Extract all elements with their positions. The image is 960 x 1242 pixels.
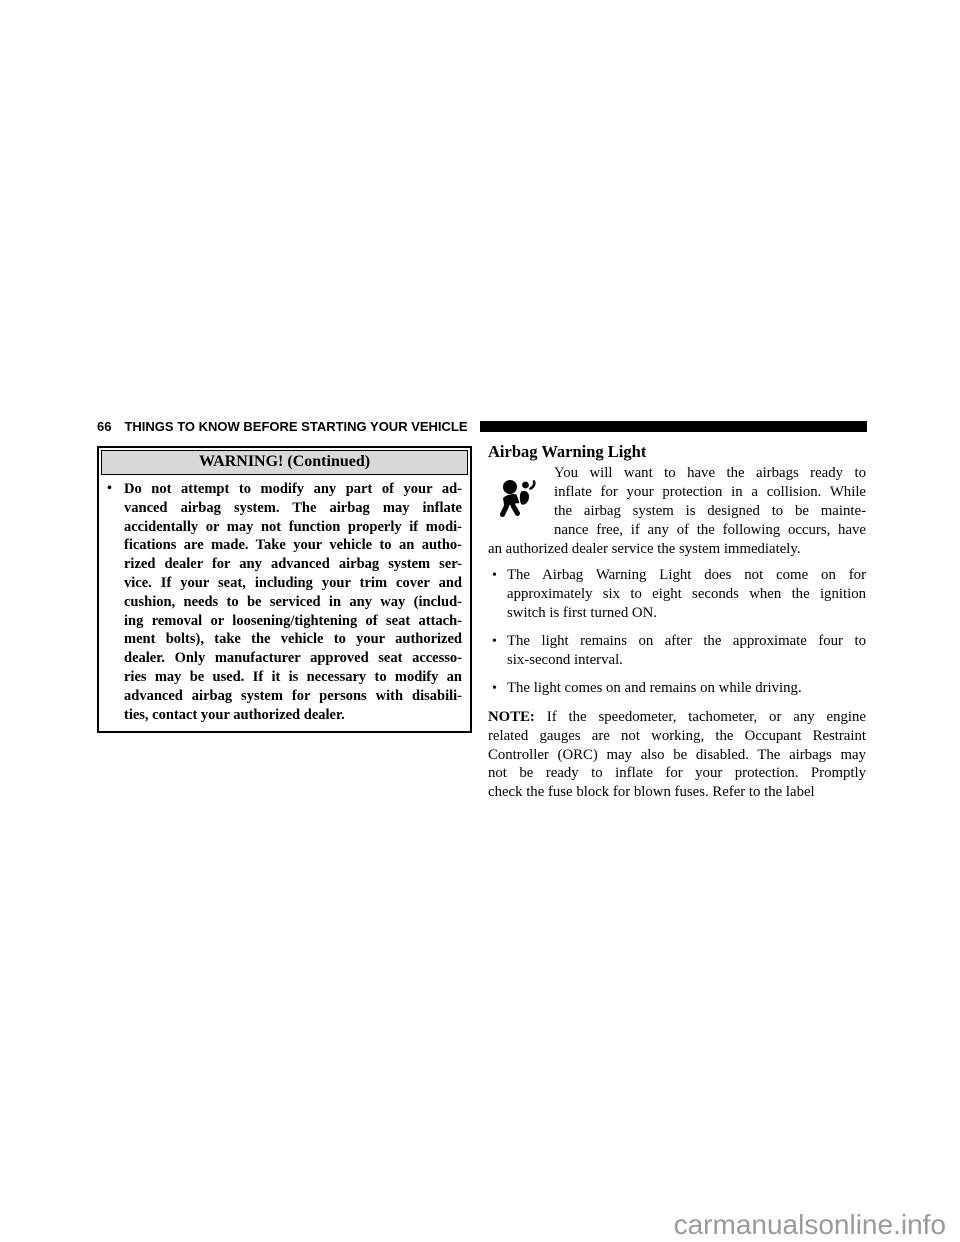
bullet-icon: •: [492, 566, 497, 585]
bullet-text: The light comes on and remains on while …: [507, 679, 866, 698]
airbag-warning-light-section: Airbag Warning Light You will want to ha…: [488, 442, 866, 802]
airbag-bullet-list: • The Airbag Warning Light does not come…: [488, 566, 866, 698]
list-item: • The light comes on and remains on whil…: [488, 679, 866, 698]
airbag-warning-light-icon: [499, 478, 539, 518]
bullet-icon: •: [492, 679, 497, 698]
header-rule-bar: [480, 421, 867, 432]
note-paragraph: NOTE: If the speedometer, tachometer, or…: [488, 708, 866, 802]
note-first-line-text: If the speedometer, tachometer, or any e…: [547, 709, 866, 725]
bullet-text: The light remains on after the approxima…: [507, 632, 866, 670]
warning-box-body: • Do not attempt to modify any part of y…: [99, 477, 470, 731]
chapter-title: THINGS TO KNOW BEFORE STARTING YOUR VEHI…: [124, 419, 467, 434]
bullet-text: The Airbag Warning Light does not come o…: [507, 566, 866, 623]
watermark: carmanualsonline.info: [674, 1209, 946, 1241]
warning-box-title: WARNING! (Continued): [101, 450, 468, 475]
intro-paragraph: You will want to have the airbags ready …: [488, 464, 866, 559]
warning-text: Do not attempt to modify any part of you…: [124, 480, 462, 724]
list-item: • The Airbag Warning Light does not come…: [488, 566, 866, 623]
note-first-line: NOTE: If the speedometer, tachometer, or…: [488, 708, 866, 727]
intro-wrapped-lines: You will want to have the airbags ready …: [554, 464, 866, 540]
section-heading: Airbag Warning Light: [488, 442, 866, 462]
page-number: 66: [97, 419, 111, 434]
bullet-icon: •: [492, 632, 497, 651]
note-text: related gauges are not working, the Occu…: [488, 727, 866, 802]
page-header: 66 THINGS TO KNOW BEFORE STARTING YOUR V…: [97, 419, 867, 434]
intro-last-line: an authorized dealer service the system …: [488, 540, 866, 559]
note-label: NOTE:: [488, 709, 535, 725]
bullet-icon: •: [107, 481, 112, 497]
list-item: • The light remains on after the approxi…: [488, 632, 866, 670]
warning-box: WARNING! (Continued) • Do not attempt to…: [97, 446, 472, 733]
manual-page: 66 THINGS TO KNOW BEFORE STARTING YOUR V…: [0, 0, 960, 1242]
